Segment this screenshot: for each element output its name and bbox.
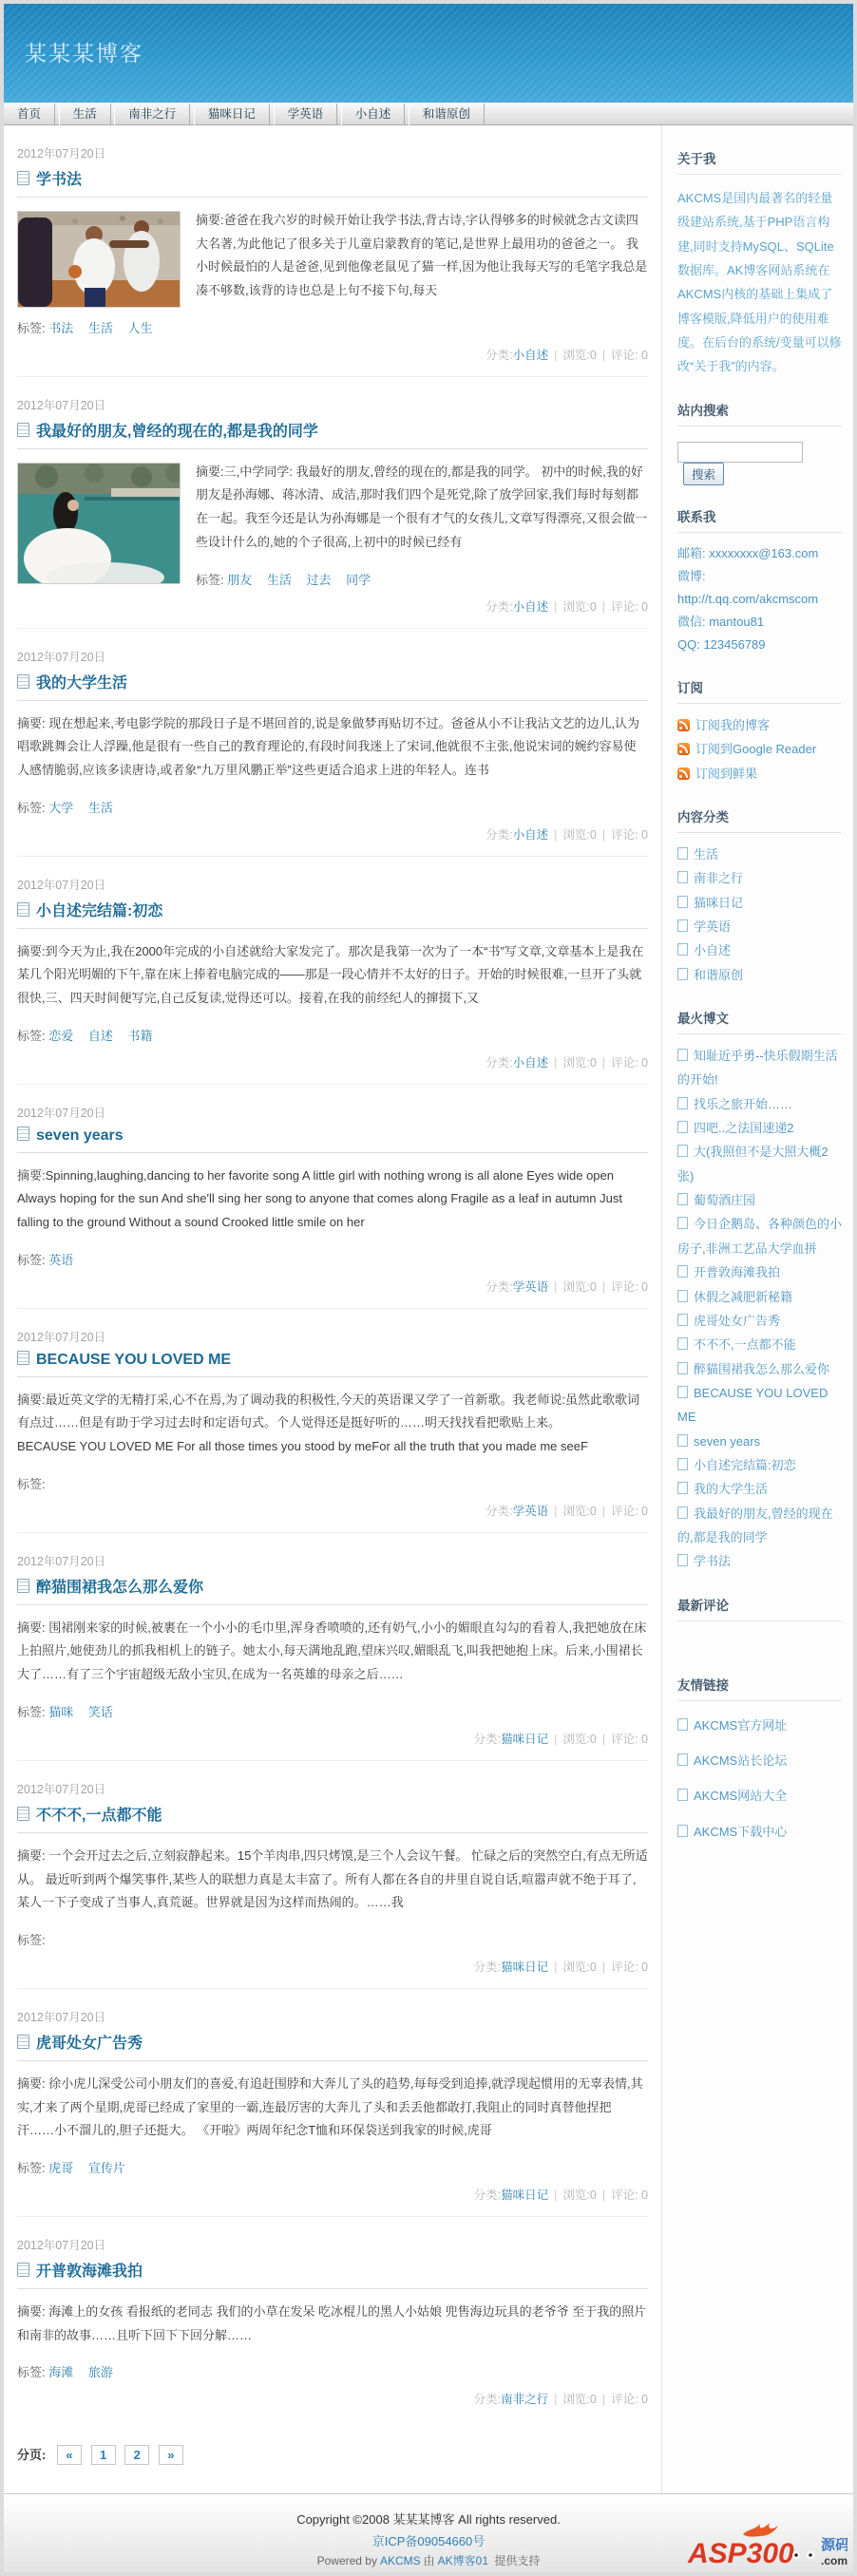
post-tag-link[interactable]: 笑话 bbox=[88, 1705, 113, 1719]
post-tags: 标签: bbox=[17, 1474, 648, 1492]
post-title-row: 学书法 bbox=[17, 167, 648, 189]
post: 2012年07月20日 醉猫围裙我怎么那么爱你 摘要: 围裙刚来家的时候,被裹在… bbox=[17, 1537, 648, 1761]
post-category-link[interactable]: 小自述 bbox=[513, 600, 549, 614]
separator: | bbox=[602, 2188, 605, 2202]
post-meta: 分类:南非之行|浏览:0|评论: 0 bbox=[17, 2390, 648, 2407]
views-count: 0 bbox=[590, 1056, 597, 1070]
category-item[interactable]: 生活 bbox=[677, 843, 842, 866]
comments-count: 0 bbox=[641, 349, 648, 362]
nav-item[interactable]: 学英语 bbox=[274, 104, 338, 125]
sidebar-section-categories: 内容分类 生活 南非之行 猫咪日记 学英语 小自述 和谐原创 bbox=[677, 806, 842, 987]
post-doc-icon bbox=[17, 1127, 29, 1141]
hot-post-link[interactable]: 开普敦海滩我拍 bbox=[694, 1265, 780, 1279]
page-icon bbox=[677, 896, 688, 908]
separator: | bbox=[554, 828, 557, 842]
contact-line[interactable]: http://t.qq.com/akcmscom bbox=[677, 588, 842, 611]
akcms-link[interactable]: AKCMS bbox=[380, 2554, 421, 2567]
search-row: 搜索 bbox=[677, 442, 842, 485]
post-tags: 标签: 大学 生活 bbox=[17, 798, 648, 816]
sidebar-section-search: 站内搜索 搜索 bbox=[677, 400, 842, 485]
contact-heading: 联系我 bbox=[677, 506, 842, 533]
contact-line[interactable]: 微信: mantou81 bbox=[677, 611, 842, 634]
category-item[interactable]: 南非之行 bbox=[677, 866, 842, 890]
divider bbox=[17, 1832, 648, 1833]
post-tag-link[interactable]: 同学 bbox=[346, 573, 371, 587]
friend-link[interactable]: AKCMS官方网址 bbox=[694, 1718, 787, 1733]
friend-link[interactable]: AKCMS站长论坛 bbox=[694, 1753, 787, 1768]
post-date: 2012年07月20日 bbox=[17, 876, 648, 893]
hot-post-link[interactable]: 四吧..之法国速递2 bbox=[694, 1121, 793, 1135]
pagination-label: 分页: bbox=[17, 2448, 46, 2462]
page-icon bbox=[677, 1362, 688, 1374]
views-count: 0 bbox=[590, 1280, 597, 1294]
category-link[interactable]: 猫咪日记 bbox=[694, 896, 743, 910]
post-date: 2012年07月20日 bbox=[17, 396, 648, 413]
page-icon bbox=[677, 919, 688, 932]
tags-label: 标签: bbox=[17, 1029, 46, 1043]
divider bbox=[17, 197, 648, 198]
hot-post-link[interactable]: 葡萄酒庄园 bbox=[694, 1193, 755, 1207]
post-category-link[interactable]: 猫咪日记 bbox=[501, 2188, 548, 2202]
hot-post-item[interactable]: 虎哥处女广告秀 bbox=[677, 1309, 842, 1333]
post-thumbnail-bride[interactable] bbox=[17, 463, 181, 584]
post-doc-icon bbox=[17, 674, 29, 689]
views-count: 0 bbox=[590, 1733, 597, 1746]
hot-post-item[interactable]: 休假之减肥新秘籍 bbox=[677, 1285, 842, 1309]
hot-post-link[interactable]: 找乐之旅开始…… bbox=[694, 1097, 792, 1111]
page-icon bbox=[677, 1458, 688, 1470]
watermark-main-text: ASP300 bbox=[687, 2538, 794, 2569]
page-icon bbox=[677, 1554, 688, 1566]
post-category-link[interactable]: 猫咪日记 bbox=[501, 1733, 548, 1746]
post-tag-link[interactable]: 海滩 bbox=[48, 2365, 73, 2379]
post-tag-link[interactable]: 朋友 bbox=[227, 573, 252, 587]
post-tag-link[interactable]: 旅游 bbox=[88, 2365, 113, 2379]
hot-post-link[interactable]: 醉猫围裙我怎么那么爱你 bbox=[694, 1362, 829, 1376]
friend-link-item[interactable]: AKCMS官方网址 bbox=[677, 1714, 842, 1736]
hot-post-item[interactable]: 开普敦海滩我拍 bbox=[677, 1260, 842, 1284]
contact-line[interactable]: QQ: 123456789 bbox=[677, 634, 842, 656]
post-tag-link[interactable]: 虎哥 bbox=[48, 2161, 73, 2175]
post-title-link[interactable]: BECAUSE YOU LOVED ME bbox=[36, 1352, 231, 1368]
post-title-link[interactable]: 不不不,一点都不能 bbox=[36, 1808, 162, 1824]
post-title-link[interactable]: seven years bbox=[36, 1127, 124, 1144]
views-label: 浏览: bbox=[562, 2393, 589, 2406]
hot-post-item[interactable]: 我最好的朋友,曾经的现在的,都是我的同学 bbox=[677, 1502, 842, 1550]
divider bbox=[17, 2288, 648, 2289]
post-tag-link[interactable]: 过去 bbox=[307, 573, 332, 587]
category-link[interactable]: 南非之行 bbox=[694, 871, 743, 885]
hot-post-link[interactable]: 小自述完结篇:初恋 bbox=[694, 1458, 796, 1472]
post-title-row: 醉猫围裙我怎么那么爱你 bbox=[17, 1575, 648, 1597]
category-label: 分类: bbox=[474, 2188, 501, 2202]
hot-post-item[interactable]: 葡萄酒庄园 bbox=[677, 1188, 842, 1212]
site-header: 某某某博客 bbox=[4, 4, 853, 103]
post-title-row: 不不不,一点都不能 bbox=[17, 1803, 648, 1825]
hot-post-item[interactable]: 学书法 bbox=[677, 1549, 842, 1573]
comments-count: 0 bbox=[641, 2393, 648, 2406]
categories-heading: 内容分类 bbox=[677, 806, 842, 833]
hot-post-link[interactable]: 休假之减肥新秘籍 bbox=[694, 1290, 792, 1304]
post-category-link[interactable]: 小自述 bbox=[513, 349, 549, 362]
category-link[interactable]: 生活 bbox=[694, 847, 718, 862]
post: 2012年07月20日 seven years 摘要:Spinning,laug… bbox=[17, 1089, 648, 1309]
hot-post-item[interactable]: BECAUSE YOU LOVED ME bbox=[677, 1381, 842, 1430]
separator: | bbox=[602, 349, 605, 362]
views-count: 0 bbox=[590, 2393, 597, 2406]
subscribe-item[interactable]: 订阅到鲜果 bbox=[677, 762, 842, 786]
hot-post-link[interactable]: 今日企鹅岛、各种颜色的小房子,非洲工艺品大学血拼 bbox=[677, 1217, 842, 1255]
category-label: 分类: bbox=[486, 349, 512, 362]
hot-post-item[interactable]: 小自述完结篇:初恋 bbox=[677, 1453, 842, 1477]
nav-item[interactable]: 猫咪日记 bbox=[194, 104, 270, 125]
nav-item[interactable]: 和谐原创 bbox=[409, 104, 485, 125]
nav-item[interactable]: 小自述 bbox=[341, 104, 406, 125]
page-icon bbox=[677, 1265, 688, 1278]
post: 2012年07月20日 不不不,一点都不能 摘要: 一个会开过去之后,立刻寂静起… bbox=[17, 1765, 648, 1989]
about-heading: 关于我 bbox=[677, 148, 842, 175]
views-count: 0 bbox=[590, 600, 597, 614]
page-icon bbox=[677, 1145, 688, 1157]
comments-label: 评论: bbox=[611, 1505, 641, 1518]
post: 2012年07月20日 我的大学生活 摘要: 现在想起来,考电影学院的那段日子是… bbox=[17, 633, 648, 857]
post-doc-icon bbox=[17, 2035, 29, 2049]
post-tags: 标签: 海滩 旅游 bbox=[17, 2362, 648, 2380]
sidebar-section-subscribe: 订阅 订阅我的博客 订阅到Google Reader 订阅到鲜果 bbox=[677, 677, 842, 786]
tags-label: 标签: bbox=[17, 1477, 46, 1491]
post-tag-link[interactable]: 英语 bbox=[48, 1253, 73, 1267]
subscribe-item[interactable]: 订阅到Google Reader bbox=[677, 737, 842, 761]
separator: | bbox=[554, 1733, 557, 1746]
post-category-link[interactable]: 南非之行 bbox=[501, 2393, 548, 2406]
post-category-link[interactable]: 学英语 bbox=[513, 1280, 549, 1294]
post-title-link[interactable]: 我最好的朋友,曾经的现在的,都是我的同学 bbox=[36, 424, 318, 440]
post-doc-icon bbox=[17, 1579, 29, 1593]
post: 2012年07月20日 BECAUSE YOU LOVED ME 摘要:最近英文… bbox=[17, 1313, 648, 1533]
search-input[interactable] bbox=[677, 442, 803, 463]
category-item[interactable]: 学英语 bbox=[677, 915, 842, 938]
category-label: 分类: bbox=[486, 1505, 512, 1518]
post-tag-link[interactable]: 猫咪 bbox=[48, 1705, 73, 1719]
page-icon bbox=[677, 1217, 688, 1229]
subscribe-list: 订阅我的博客 订阅到Google Reader 订阅到鲜果 bbox=[677, 713, 842, 786]
post-meta: 分类:学英语|浏览:0|评论: 0 bbox=[17, 1278, 648, 1295]
page-icon bbox=[677, 1314, 688, 1326]
page-container: 某某某博客 首页 生活 南非之行 猫咪日记 学英语 小自述 和谐原创 2012年… bbox=[0, 0, 857, 2576]
hot-post-link[interactable]: 我的大学生活 bbox=[694, 1482, 768, 1496]
hot-post-link[interactable]: BECAUSE YOU LOVED ME bbox=[677, 1386, 828, 1424]
comments-count: 0 bbox=[641, 2188, 648, 2202]
nav-item[interactable]: 首页 bbox=[4, 104, 55, 125]
post-meta: 分类:学英语|浏览:0|评论: 0 bbox=[17, 1502, 648, 1519]
comments-label: 评论: bbox=[611, 828, 641, 842]
hot-post-item[interactable]: 知耻近乎勇--快乐假期生活的开始! bbox=[677, 1044, 842, 1092]
hot-post-item[interactable]: 醉猫围裙我怎么那么爱你 bbox=[677, 1357, 842, 1381]
post-summary: 摘要: 徐小虎儿深受公司小朋友们的喜爱,有追赶围脖和大奔儿了头的趋势,每每受到追… bbox=[17, 2073, 648, 2143]
hot-list: 知耻近乎勇--快乐假期生活的开始! 找乐之旅开始…… 四吧..之法国速递2 大(… bbox=[677, 1044, 842, 1574]
page-icon bbox=[677, 1434, 688, 1447]
post-title-row: 我最好的朋友,曾经的现在的,都是我的同学 bbox=[17, 419, 648, 441]
search-button[interactable]: 搜索 bbox=[683, 463, 724, 485]
post-tag-link[interactable]: 宣传片 bbox=[88, 2161, 125, 2175]
post-title-link[interactable]: 我的大学生活 bbox=[36, 675, 127, 691]
hot-post-item[interactable]: 不不不,一点都不能 bbox=[677, 1333, 842, 1356]
post-category-link[interactable]: 猫咪日记 bbox=[501, 1960, 548, 1974]
views-count: 0 bbox=[590, 349, 597, 362]
comments-empty bbox=[677, 1621, 842, 1654]
hot-post-item[interactable]: 四吧..之法国速递2 bbox=[677, 1116, 842, 1140]
tags-label: 标签: bbox=[17, 2161, 46, 2175]
post-doc-icon bbox=[17, 1807, 29, 1821]
friend-link-item[interactable]: AKCMS下载中心 bbox=[677, 1821, 842, 1843]
subscribe-item[interactable]: 订阅我的博客 bbox=[677, 713, 842, 737]
page-icon bbox=[677, 1789, 688, 1801]
separator: | bbox=[554, 2393, 557, 2406]
category-label: 分类: bbox=[474, 1960, 501, 1974]
post-summary: 摘要: 围裙刚来家的时候,被裹在一个小小的毛巾里,浑身香喷喷的,还有奶气,小小的… bbox=[17, 1617, 648, 1687]
hot-post-link[interactable]: seven years bbox=[694, 1434, 760, 1449]
site-title: 某某某博客 bbox=[25, 36, 143, 67]
page-icon bbox=[677, 1337, 688, 1350]
views-label: 浏览: bbox=[562, 828, 589, 842]
tags-label: 标签: bbox=[17, 1933, 46, 1947]
divider bbox=[17, 2060, 648, 2061]
comments-count: 0 bbox=[641, 828, 648, 842]
hot-post-item[interactable]: seven years bbox=[677, 1430, 842, 1453]
post-date: 2012年07月20日 bbox=[17, 648, 648, 665]
hot-post-link[interactable]: 我最好的朋友,曾经的现在的,都是我的同学 bbox=[677, 1506, 833, 1544]
rss-icon bbox=[677, 743, 690, 755]
comments-count: 0 bbox=[641, 600, 648, 614]
sidebar-section-comments: 最新评论 bbox=[677, 1595, 842, 1654]
footer: Copyright ©2008 某某某博客 All rights reserve… bbox=[4, 2493, 853, 2572]
tags-label: 标签: bbox=[196, 573, 224, 587]
hot-post-item[interactable]: 我的大学生活 bbox=[677, 1477, 842, 1501]
category-item[interactable]: 小自述 bbox=[677, 938, 842, 962]
comments-heading: 最新评论 bbox=[677, 1595, 842, 1621]
comments-label: 评论: bbox=[611, 349, 641, 362]
post-date: 2012年07月20日 bbox=[17, 1104, 648, 1121]
pagination-item[interactable]: 2 bbox=[124, 2445, 149, 2465]
sidebar-section-friends: 友情链接 AKCMS官方网址 AKCMS站长论坛 AKCMS网站大全 AKCMS… bbox=[677, 1675, 842, 1844]
nav-item[interactable]: 南非之行 bbox=[114, 104, 190, 125]
contact-list: 邮箱: xxxxxxxx@163.com 微博: http://t.qq.com… bbox=[677, 542, 842, 656]
page-icon bbox=[677, 1193, 688, 1205]
post-tag-link[interactable]: 自述 bbox=[88, 1029, 113, 1043]
separator: | bbox=[602, 1280, 605, 1294]
page-icon bbox=[677, 968, 688, 980]
category-label: 分类: bbox=[486, 1280, 512, 1294]
categories-list: 生活 南非之行 猫咪日记 学英语 小自述 和谐原创 bbox=[677, 843, 842, 987]
page-icon bbox=[677, 1121, 688, 1133]
sidebar-section-about: 关于我 AKCMS是国内最著名的轻量级建站系统,基于PHP语言构建,同时支持My… bbox=[677, 148, 842, 379]
post-category-link[interactable]: 小自述 bbox=[513, 828, 549, 842]
divider bbox=[17, 448, 648, 449]
post: 2012年07月20日 小自述完结篇:初恋 摘要:到今天为止,我在2000年完成… bbox=[17, 861, 648, 1085]
asp300-watermark: ASP300 源码 .com bbox=[686, 2521, 847, 2570]
category-item[interactable]: 猫咪日记 bbox=[677, 891, 842, 915]
post-meta: 分类:小自述|浏览:0|评论: 0 bbox=[17, 825, 648, 843]
main-nav: 首页 生活 南非之行 猫咪日记 学英语 小自述 和谐原创 bbox=[4, 103, 853, 125]
powered-mid: 由 bbox=[424, 2554, 435, 2567]
divider bbox=[17, 928, 648, 929]
friend-link[interactable]: AKCMS网站大全 bbox=[694, 1789, 787, 1803]
post-title-row: 我的大学生活 bbox=[17, 671, 648, 692]
powered-suffix: 提供支持 bbox=[494, 2554, 540, 2567]
pagination-item[interactable]: 1 bbox=[91, 2445, 116, 2465]
post: 2012年07月20日 学书法 bbox=[17, 129, 648, 377]
post-category-link[interactable]: 小自述 bbox=[513, 1056, 549, 1070]
separator: | bbox=[554, 1056, 557, 1070]
friend-link-item[interactable]: AKCMS网站大全 bbox=[677, 1785, 842, 1807]
hot-post-link[interactable]: 学书法 bbox=[694, 1554, 731, 1568]
subscribe-link[interactable]: 订阅到Google Reader bbox=[695, 742, 816, 756]
post: 2012年07月20日 开普敦海滩我拍 摘要: 海滩上的女孩 看报纸的老同志 我… bbox=[17, 2221, 648, 2420]
post-summary: 摘要:Spinning,laughing,dancing to her favo… bbox=[17, 1165, 648, 1235]
post-tag-link[interactable]: 生活 bbox=[88, 801, 113, 815]
page-icon bbox=[677, 1290, 688, 1302]
subscribe-link[interactable]: 订阅到鲜果 bbox=[695, 767, 757, 781]
tags-label: 标签: bbox=[17, 801, 46, 815]
post-title-link[interactable]: 学书法 bbox=[36, 172, 82, 188]
category-item[interactable]: 和谐原创 bbox=[677, 963, 842, 987]
hot-post-link[interactable]: 大(我照但不是大照大概2张) bbox=[677, 1145, 828, 1183]
post: 2012年07月20日 我最好的朋友,曾经的现在的,都是我的同学 摘要:三,中学… bbox=[17, 381, 648, 629]
post-category-link[interactable]: 学英语 bbox=[513, 1505, 549, 1518]
comments-count: 0 bbox=[641, 1733, 648, 1746]
separator: | bbox=[554, 2188, 557, 2202]
post-tag-link[interactable]: 人生 bbox=[128, 321, 153, 335]
contact-line[interactable]: 微博: bbox=[677, 565, 842, 588]
post-thumbnail-basketball[interactable] bbox=[17, 211, 181, 308]
category-link[interactable]: 小自述 bbox=[694, 943, 731, 957]
post-meta: 分类:小自述|浏览:0|评论: 0 bbox=[17, 597, 648, 615]
post-title-row: BECAUSE YOU LOVED ME bbox=[17, 1351, 648, 1369]
hot-post-link[interactable]: 知耻近乎勇--快乐假期生活的开始! bbox=[677, 1049, 838, 1087]
divider bbox=[17, 1376, 648, 1377]
hot-post-item[interactable]: 今日企鹅岛、各种颜色的小房子,非洲工艺品大学血拼 bbox=[677, 1212, 842, 1260]
views-label: 浏览: bbox=[562, 1960, 589, 1974]
content-area: 2012年07月20日 学书法 bbox=[4, 125, 853, 2493]
separator: | bbox=[554, 1280, 557, 1294]
post-title-row: 虎哥处女广告秀 bbox=[17, 2031, 648, 2053]
post-tag-link[interactable]: 生活 bbox=[267, 573, 292, 587]
divider bbox=[17, 1604, 648, 1605]
category-label: 分类: bbox=[474, 2393, 501, 2406]
category-label: 分类: bbox=[474, 1733, 501, 1746]
nav-item[interactable]: 生活 bbox=[59, 104, 111, 125]
pagination-item[interactable]: « bbox=[57, 2445, 82, 2465]
post-tag-link[interactable]: 书法 bbox=[48, 321, 73, 335]
separator: | bbox=[554, 600, 557, 614]
page-icon bbox=[677, 1506, 688, 1519]
comments-label: 评论: bbox=[611, 2188, 641, 2202]
sidebar-section-contact: 联系我 邮箱: xxxxxxxx@163.com 微博: http://t.qq… bbox=[677, 506, 842, 656]
views-count: 0 bbox=[590, 828, 597, 842]
page-icon bbox=[677, 943, 688, 956]
divider bbox=[17, 1152, 648, 1153]
views-label: 浏览: bbox=[562, 1505, 589, 1518]
search-heading: 站内搜索 bbox=[677, 400, 842, 426]
category-link[interactable]: 学英语 bbox=[694, 919, 731, 934]
subscribe-link[interactable]: 订阅我的博客 bbox=[695, 718, 770, 732]
friends-heading: 友情链接 bbox=[677, 1675, 842, 1701]
post-doc-icon bbox=[17, 902, 29, 917]
post-tag-link[interactable]: 大学 bbox=[48, 801, 73, 815]
views-label: 浏览: bbox=[562, 600, 589, 614]
post-tags: 标签: 英语 bbox=[17, 1250, 648, 1268]
post-title-link[interactable]: 开普敦海滩我拍 bbox=[36, 2263, 143, 2280]
pagination-item[interactable]: » bbox=[159, 2445, 183, 2465]
post-tags: 标签: 恋爱 自述 书籍 bbox=[17, 1026, 648, 1044]
views-label: 浏览: bbox=[562, 2188, 589, 2202]
rss-icon bbox=[677, 767, 690, 780]
post-doc-icon bbox=[17, 1351, 29, 1365]
post-tags: 标签: bbox=[17, 1930, 648, 1948]
page-icon bbox=[677, 871, 688, 883]
post-date: 2012年07月20日 bbox=[17, 2236, 648, 2253]
separator: | bbox=[602, 1056, 605, 1070]
hot-post-item[interactable]: 找乐之旅开始…… bbox=[677, 1092, 842, 1116]
post-tag-link[interactable]: 书籍 bbox=[128, 1029, 153, 1043]
comments-label: 评论: bbox=[611, 1056, 641, 1070]
page-icon bbox=[677, 1386, 688, 1398]
page-icon bbox=[677, 847, 688, 860]
post-tag-link[interactable]: 恋爱 bbox=[48, 1029, 73, 1043]
post-tag-link[interactable]: 生活 bbox=[88, 321, 113, 335]
hot-post-link[interactable]: 不不不,一点都不能 bbox=[694, 1337, 796, 1352]
post-title-link[interactable]: 小自述完结篇:初恋 bbox=[36, 903, 162, 919]
separator: | bbox=[602, 2393, 605, 2406]
page-icon bbox=[677, 1825, 688, 1837]
comments-label: 评论: bbox=[611, 1960, 641, 1974]
powered-prefix: Powered by bbox=[317, 2554, 377, 2567]
post-summary-english: BECAUSE YOU LOVED ME For all those times… bbox=[17, 1435, 648, 1459]
category-label: 分类: bbox=[486, 1056, 512, 1070]
post-doc-icon bbox=[17, 171, 29, 185]
post-date: 2012年07月20日 bbox=[17, 1552, 648, 1569]
watermark-com-text: .com bbox=[821, 2554, 847, 2567]
page-icon bbox=[677, 1097, 688, 1109]
friend-link[interactable]: AKCMS下载中心 bbox=[694, 1825, 787, 1839]
post-meta: 分类:猫咪日记|浏览:0|评论: 0 bbox=[17, 1730, 648, 1747]
theme-link[interactable]: AK博客01 bbox=[438, 2554, 488, 2567]
tags-label: 标签: bbox=[17, 321, 46, 335]
comments-label: 评论: bbox=[611, 2393, 641, 2406]
category-link[interactable]: 和谐原创 bbox=[694, 968, 743, 982]
tags-label: 标签: bbox=[17, 1253, 46, 1267]
divider bbox=[17, 700, 648, 701]
separator: | bbox=[602, 828, 605, 842]
post-title-link[interactable]: 醉猫围裙我怎么那么爱你 bbox=[36, 1580, 203, 1596]
post-title-link[interactable]: 虎哥处女广告秀 bbox=[36, 2036, 143, 2052]
page-icon bbox=[677, 1482, 688, 1494]
watermark-cn-text: 源码 bbox=[821, 2537, 847, 2553]
friend-link-item[interactable]: AKCMS站长论坛 bbox=[677, 1750, 842, 1771]
post-doc-icon bbox=[17, 2263, 29, 2277]
icp-link[interactable]: 京ICP备09054660号 bbox=[372, 2534, 486, 2548]
separator: | bbox=[602, 600, 605, 614]
contact-line[interactable]: 邮箱: xxxxxxxx@163.com bbox=[677, 542, 842, 565]
post-tags: 标签: 猫咪 笑话 bbox=[17, 1702, 648, 1720]
comments-count: 0 bbox=[641, 1056, 648, 1070]
post-meta: 分类:小自述|浏览:0|评论: 0 bbox=[17, 1053, 648, 1070]
hot-post-link[interactable]: 虎哥处女广告秀 bbox=[694, 1314, 780, 1328]
views-label: 浏览: bbox=[562, 1280, 589, 1294]
post-doc-icon bbox=[17, 423, 29, 437]
comments-count: 0 bbox=[641, 1960, 648, 1974]
hot-post-item[interactable]: 大(我照但不是大照大概2张) bbox=[677, 1140, 842, 1188]
